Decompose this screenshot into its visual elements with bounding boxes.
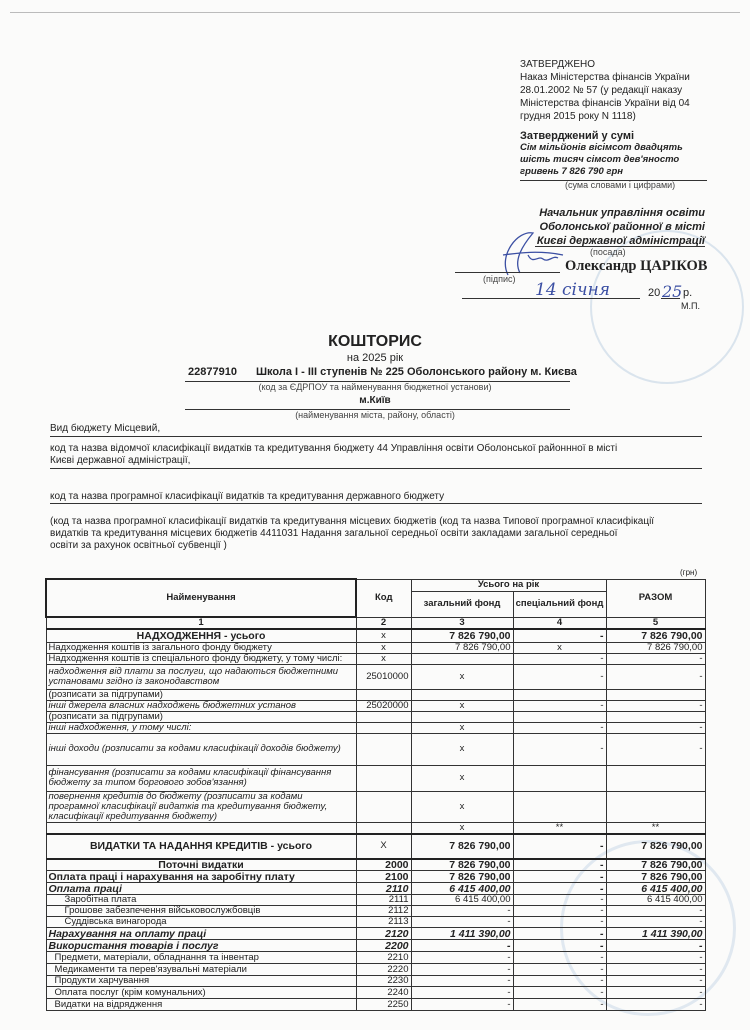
- row-code: 2111: [356, 895, 411, 906]
- row-sum: 7 826 790,00: [606, 642, 705, 653]
- table-row: Видатки на відрядження2250---: [46, 999, 705, 1011]
- row-name: інші надходження, у тому числі:: [46, 722, 356, 733]
- row-sum: -: [606, 940, 705, 952]
- row-special-fund: -: [513, 928, 606, 940]
- row-general-fund: -: [411, 952, 513, 964]
- row-general-fund: х: [411, 722, 513, 733]
- city-caption: (найменування міста, району, області): [0, 410, 750, 420]
- local-program-line: освіти за рахунок освітньої субвенції ): [50, 540, 227, 551]
- row-code: 2200: [356, 940, 411, 952]
- state-program-classification: код та назва програмної класифікації вид…: [50, 491, 444, 502]
- edrpou-code: 22877910: [188, 366, 237, 378]
- row-sum: 7 826 790,00: [606, 629, 705, 642]
- row-code: [356, 791, 411, 822]
- row-name: Оплата праці і нарахування на заробітну …: [46, 871, 356, 883]
- row-code: 2120: [356, 928, 411, 940]
- table-row: Оплата послуг (крім комунальних)2240---: [46, 987, 705, 999]
- city-name: м.Київ: [0, 395, 750, 406]
- row-code: 2230: [356, 976, 411, 987]
- approval-block: ЗАТВЕРДЖЕНО Наказ Міністерства фінансів …: [520, 58, 710, 123]
- row-name: надходження від плати за послуги, що над…: [46, 664, 356, 689]
- table-row: (розписати за підгрупами): [46, 689, 705, 700]
- state-program-underline: [50, 503, 702, 504]
- row-code: х: [356, 629, 411, 642]
- table-row: ВИДАТКИ ТА НАДАННЯ КРЕДИТІВ - усьогоХ7 8…: [46, 834, 705, 859]
- approval-line: 28.01.2002 № 57 (у редакції наказу: [520, 84, 710, 97]
- approval-line: грудня 2015 року N 1118): [520, 110, 710, 123]
- row-general-fund: 1 411 390,00: [411, 928, 513, 940]
- col-number: 3: [411, 617, 513, 629]
- approval-line: Наказ Міністерства фінансів України: [520, 71, 710, 84]
- row-general-fund: -: [411, 906, 513, 917]
- row-general-fund: х: [411, 733, 513, 765]
- row-general-fund: -: [411, 940, 513, 952]
- row-name: Суддівська винагорода: [46, 917, 356, 928]
- row-name: Надходження коштів із загального фонду б…: [46, 642, 356, 653]
- handwritten-date: 14 січня: [535, 280, 610, 300]
- row-sum: [606, 689, 705, 700]
- table-row: х****: [46, 822, 705, 834]
- col-number: 2: [356, 617, 411, 629]
- row-special-fund: х: [513, 642, 606, 653]
- row-name: Видатки на відрядження: [46, 999, 356, 1011]
- table-row: фінансування (розписати за кодами класиф…: [46, 765, 705, 791]
- row-general-fund: -: [411, 999, 513, 1011]
- signatory-name: Олександр ЦАРІКОВ: [565, 258, 707, 275]
- row-name: Продукти харчування: [46, 976, 356, 987]
- scan-edge: [10, 12, 740, 13]
- row-general-fund: 7 826 790,00: [411, 871, 513, 883]
- table-row: Заробітна плата21116 415 400,00-6 415 40…: [46, 895, 705, 906]
- table-row: Нарахування на оплату праці21201 411 390…: [46, 928, 705, 940]
- row-general-fund: -: [411, 976, 513, 987]
- budget-table: Найменування Код Усього на рік РАЗОМ заг…: [45, 578, 706, 1011]
- row-code: 2113: [356, 917, 411, 928]
- row-sum: -: [606, 700, 705, 711]
- year-prefix: 20: [648, 287, 660, 299]
- row-general-fund: 7 826 790,00: [411, 859, 513, 871]
- header-sum: РАЗОМ: [606, 579, 705, 617]
- row-special-fund: [513, 765, 606, 791]
- row-code: 2210: [356, 952, 411, 964]
- table-row: Використання товарів і послуг2200---: [46, 940, 705, 952]
- row-name: [46, 822, 356, 834]
- row-code: 25020000: [356, 700, 411, 711]
- row-special-fund: -: [513, 722, 606, 733]
- table-row: надходження від плати за послуги, що над…: [46, 664, 705, 689]
- table-row: Надходження коштів із спеціального фонду…: [46, 653, 705, 664]
- row-name: Грошове забезпечення військовослужбовців: [46, 906, 356, 917]
- row-special-fund: [513, 689, 606, 700]
- row-code: Х: [356, 834, 411, 859]
- row-sum: 7 826 790,00: [606, 834, 705, 859]
- row-special-fund: -: [513, 940, 606, 952]
- table-row: Суддівська винагорода2113---: [46, 917, 705, 928]
- row-general-fund: х: [411, 700, 513, 711]
- row-special-fund: -: [513, 629, 606, 642]
- row-special-fund: -: [513, 895, 606, 906]
- document-title: КОШТОРИС: [0, 333, 750, 351]
- sum-words-line: шість тисяч сімсот дев'яносто: [520, 154, 710, 166]
- row-sum: [606, 711, 705, 722]
- sum-words-line: гривень 7 826 790 грн: [520, 166, 710, 178]
- row-code: 2250: [356, 999, 411, 1011]
- document-year: на 2025 рік: [0, 352, 750, 364]
- row-special-fund: -: [513, 917, 606, 928]
- institution-caption: (код за ЄДРПОУ та найменування бюджетної…: [0, 382, 750, 392]
- row-sum: -: [606, 964, 705, 976]
- row-general-fund: х: [411, 822, 513, 834]
- row-general-fund: 7 826 790,00: [411, 629, 513, 642]
- row-code: 2240: [356, 987, 411, 999]
- row-code: [356, 733, 411, 765]
- position-line: Начальник управління освіти: [500, 206, 705, 220]
- row-special-fund: -: [513, 871, 606, 883]
- row-special-fund: -: [513, 999, 606, 1011]
- row-special-fund: **: [513, 822, 606, 834]
- row-special-fund: -: [513, 700, 606, 711]
- row-sum: -: [606, 999, 705, 1011]
- row-sum: -: [606, 917, 705, 928]
- row-name: фінансування (розписати за кодами класиф…: [46, 765, 356, 791]
- budget-type: Вид бюджету Місцевий,: [50, 423, 160, 434]
- col-number: 4: [513, 617, 606, 629]
- row-name: Використання товарів і послуг: [46, 940, 356, 952]
- approved-sum-words: Сім мільйонів вісімсот двадцять шість ти…: [520, 142, 710, 178]
- header-name: Найменування: [46, 579, 356, 617]
- sum-words-line: Сім мільйонів вісімсот двадцять: [520, 142, 710, 154]
- row-name: Оплата послуг (крім комунальних): [46, 987, 356, 999]
- position-caption: (посада): [590, 247, 626, 257]
- table-body: НАДХОДЖЕННЯ - усьогох7 826 790,00-7 826 …: [46, 629, 705, 1011]
- table-row: Продукти харчування2230---: [46, 976, 705, 987]
- table-row: Оплата праці і нарахування на заробітну …: [46, 871, 705, 883]
- row-sum: [606, 765, 705, 791]
- row-special-fund: -: [513, 976, 606, 987]
- row-sum: -: [606, 733, 705, 765]
- row-name: (розписати за підгрупами): [46, 711, 356, 722]
- row-sum: **: [606, 822, 705, 834]
- table-row: Медикаменти та перев'язувальні матеріали…: [46, 964, 705, 976]
- header-code: Код: [356, 579, 411, 617]
- row-general-fund: 6 415 400,00: [411, 895, 513, 906]
- row-special-fund: -: [513, 906, 606, 917]
- row-sum: 1 411 390,00: [606, 928, 705, 940]
- row-code: [356, 822, 411, 834]
- row-sum: -: [606, 653, 705, 664]
- col-number: 1: [46, 617, 356, 629]
- row-sum: -: [606, 976, 705, 987]
- row-special-fund: -: [513, 883, 606, 895]
- row-special-fund: [513, 711, 606, 722]
- signature-caption: (підпис): [483, 274, 516, 284]
- row-sum: -: [606, 664, 705, 689]
- sum-caption: (сума словами і цифрами): [565, 180, 675, 190]
- table-row: інші надходження, у тому числі:х--: [46, 722, 705, 733]
- seal-mark: М.П.: [681, 301, 700, 311]
- table-row: Предмети, матеріали, обладнання та інвен…: [46, 952, 705, 964]
- dept-classification-line: код та назва відомчої класифікації видат…: [50, 443, 617, 454]
- row-sum: 6 415 400,00: [606, 883, 705, 895]
- dept-classification-line: Києві державної адміністрації,: [50, 455, 190, 466]
- institution-name: Школа І - ІІІ ступенів № 225 Оболонськог…: [256, 366, 577, 378]
- row-general-fund: -: [411, 964, 513, 976]
- row-code: [356, 689, 411, 700]
- row-code: 25010000: [356, 664, 411, 689]
- row-general-fund: -: [411, 987, 513, 999]
- table-row: Поточні видатки20007 826 790,00-7 826 79…: [46, 859, 705, 871]
- row-code: 2220: [356, 964, 411, 976]
- table-row: повернення кредитів до бюджету (розписат…: [46, 791, 705, 822]
- row-general-fund: 6 415 400,00: [411, 883, 513, 895]
- row-special-fund: -: [513, 987, 606, 999]
- budget-type-underline: [50, 436, 702, 437]
- row-code: 2100: [356, 871, 411, 883]
- header-total-year: Усього на рік: [411, 579, 606, 591]
- approval-header: ЗАТВЕРДЖЕНО: [520, 58, 710, 71]
- row-general-fund: х: [411, 664, 513, 689]
- row-general-fund: [411, 711, 513, 722]
- row-name: інші джерела власних надходжень бюджетни…: [46, 700, 356, 711]
- row-sum: 6 415 400,00: [606, 895, 705, 906]
- currency-unit: (грн): [680, 568, 697, 577]
- row-general-fund: 7 826 790,00: [411, 642, 513, 653]
- table-row: Оплата праці21106 415 400,00-6 415 400,0…: [46, 883, 705, 895]
- row-special-fund: [513, 791, 606, 822]
- row-name: повернення кредитів до бюджету (розписат…: [46, 791, 356, 822]
- row-name: ВИДАТКИ ТА НАДАННЯ КРЕДИТІВ - усього: [46, 834, 356, 859]
- dept-classification-underline: [50, 468, 702, 469]
- header-special-fund: спеціальний фонд: [513, 591, 606, 617]
- row-general-fund: [411, 653, 513, 664]
- table-row: інші джерела власних надходжень бюджетни…: [46, 700, 705, 711]
- row-code: [356, 711, 411, 722]
- row-sum: 7 826 790,00: [606, 871, 705, 883]
- row-code: 2112: [356, 906, 411, 917]
- row-general-fund: [411, 689, 513, 700]
- row-name: (розписати за підгрупами): [46, 689, 356, 700]
- row-name: інші доходи (розписати за кодами класифі…: [46, 733, 356, 765]
- row-code: [356, 722, 411, 733]
- row-code: 2000: [356, 859, 411, 871]
- row-name: Предмети, матеріали, обладнання та інвен…: [46, 952, 356, 964]
- row-general-fund: х: [411, 791, 513, 822]
- row-special-fund: -: [513, 653, 606, 664]
- row-code: [356, 765, 411, 791]
- row-code: х: [356, 653, 411, 664]
- row-code: 2110: [356, 883, 411, 895]
- row-special-fund: -: [513, 834, 606, 859]
- row-sum: -: [606, 906, 705, 917]
- row-special-fund: -: [513, 733, 606, 765]
- header-general-fund: загальний фонд: [411, 591, 513, 617]
- row-sum: [606, 791, 705, 822]
- row-name: Нарахування на оплату праці: [46, 928, 356, 940]
- table-row: Грошове забезпечення військовослужбовців…: [46, 906, 705, 917]
- row-sum: -: [606, 987, 705, 999]
- row-sum: -: [606, 722, 705, 733]
- approved-sum-label: Затверджений у сумі: [520, 130, 634, 142]
- year-suffix: р.: [683, 287, 692, 299]
- row-special-fund: -: [513, 664, 606, 689]
- table-row: (розписати за підгрупами): [46, 711, 705, 722]
- row-name: Медикаменти та перев'язувальні матеріали: [46, 964, 356, 976]
- row-general-fund: 7 826 790,00: [411, 834, 513, 859]
- row-special-fund: -: [513, 859, 606, 871]
- row-name: НАДХОДЖЕННЯ - усього: [46, 629, 356, 642]
- table-row: НАДХОДЖЕННЯ - усьогох7 826 790,00-7 826 …: [46, 629, 705, 642]
- row-general-fund: х: [411, 765, 513, 791]
- row-special-fund: -: [513, 952, 606, 964]
- row-sum: 7 826 790,00: [606, 859, 705, 871]
- table-row: інші доходи (розписати за кодами класифі…: [46, 733, 705, 765]
- approval-line: Міністерства фінансів України від 04: [520, 97, 710, 110]
- local-program-line: видатків та кредитування місцевих бюджет…: [50, 528, 617, 539]
- row-general-fund: -: [411, 917, 513, 928]
- row-code: х: [356, 642, 411, 653]
- year-underline: [661, 298, 680, 299]
- local-program-line: (код та назва програмної класифікації ви…: [50, 516, 654, 527]
- row-name: Поточні видатки: [46, 859, 356, 871]
- col-number: 5: [606, 617, 705, 629]
- row-special-fund: -: [513, 964, 606, 976]
- row-name: Оплата праці: [46, 883, 356, 895]
- date-underline: [462, 298, 640, 299]
- row-name: Заробітна плата: [46, 895, 356, 906]
- row-name: Надходження коштів із спеціального фонду…: [46, 653, 356, 664]
- row-sum: -: [606, 952, 705, 964]
- table-row: Надходження коштів із загального фонду б…: [46, 642, 705, 653]
- signature-underline: [455, 272, 560, 273]
